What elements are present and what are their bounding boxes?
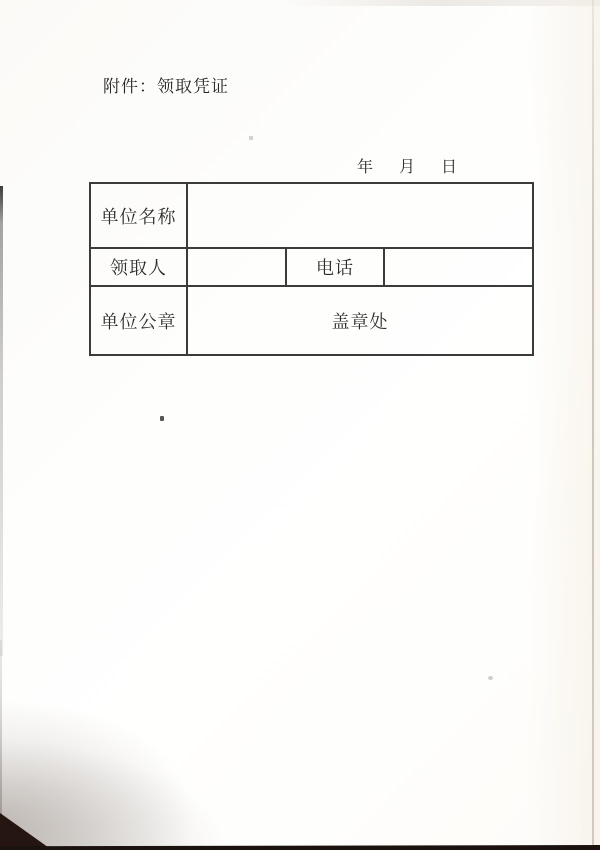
scanned-receipt-voucher-page: 附件：领取凭证 年 月 日 单位名称 领取人 电话 单位公章 盖章处 xyxy=(0,0,600,850)
attachment-title: 附件：领取凭证 xyxy=(103,72,229,97)
scan-top-edge-haze xyxy=(280,0,600,6)
unit-name-label-cell: 单位名称 xyxy=(91,184,188,249)
date-line: 年 月 日 xyxy=(357,154,457,177)
recipient-label-cell: 领取人 xyxy=(91,249,188,287)
dust-speck xyxy=(160,416,164,421)
receipt-form-table: 单位名称 领取人 电话 单位公章 盖章处 xyxy=(89,182,534,356)
dust-speck xyxy=(249,136,253,140)
date-year-label: 年 xyxy=(357,154,373,177)
dust-speck xyxy=(488,676,493,680)
paper-crease-line-right xyxy=(592,0,594,850)
date-day-label: 日 xyxy=(441,154,457,177)
unit-seal-label-cell: 单位公章 xyxy=(91,287,188,354)
seal-area-cell: 盖章处 xyxy=(188,287,532,354)
phone-label-cell: 电话 xyxy=(287,249,385,287)
paper-edge-shadow-left-lower xyxy=(0,640,2,840)
scan-corner-dark-bottom-left xyxy=(0,808,52,850)
unit-name-value-cell xyxy=(188,184,532,249)
scan-dark-bottom-edge xyxy=(0,845,600,850)
date-month-label: 月 xyxy=(399,154,415,177)
paper-curl-shadow-bottom-left xyxy=(0,740,230,850)
paper-edge-shadow-left xyxy=(0,186,3,656)
recipient-value-cell xyxy=(188,249,287,287)
phone-value-cell xyxy=(385,249,532,287)
